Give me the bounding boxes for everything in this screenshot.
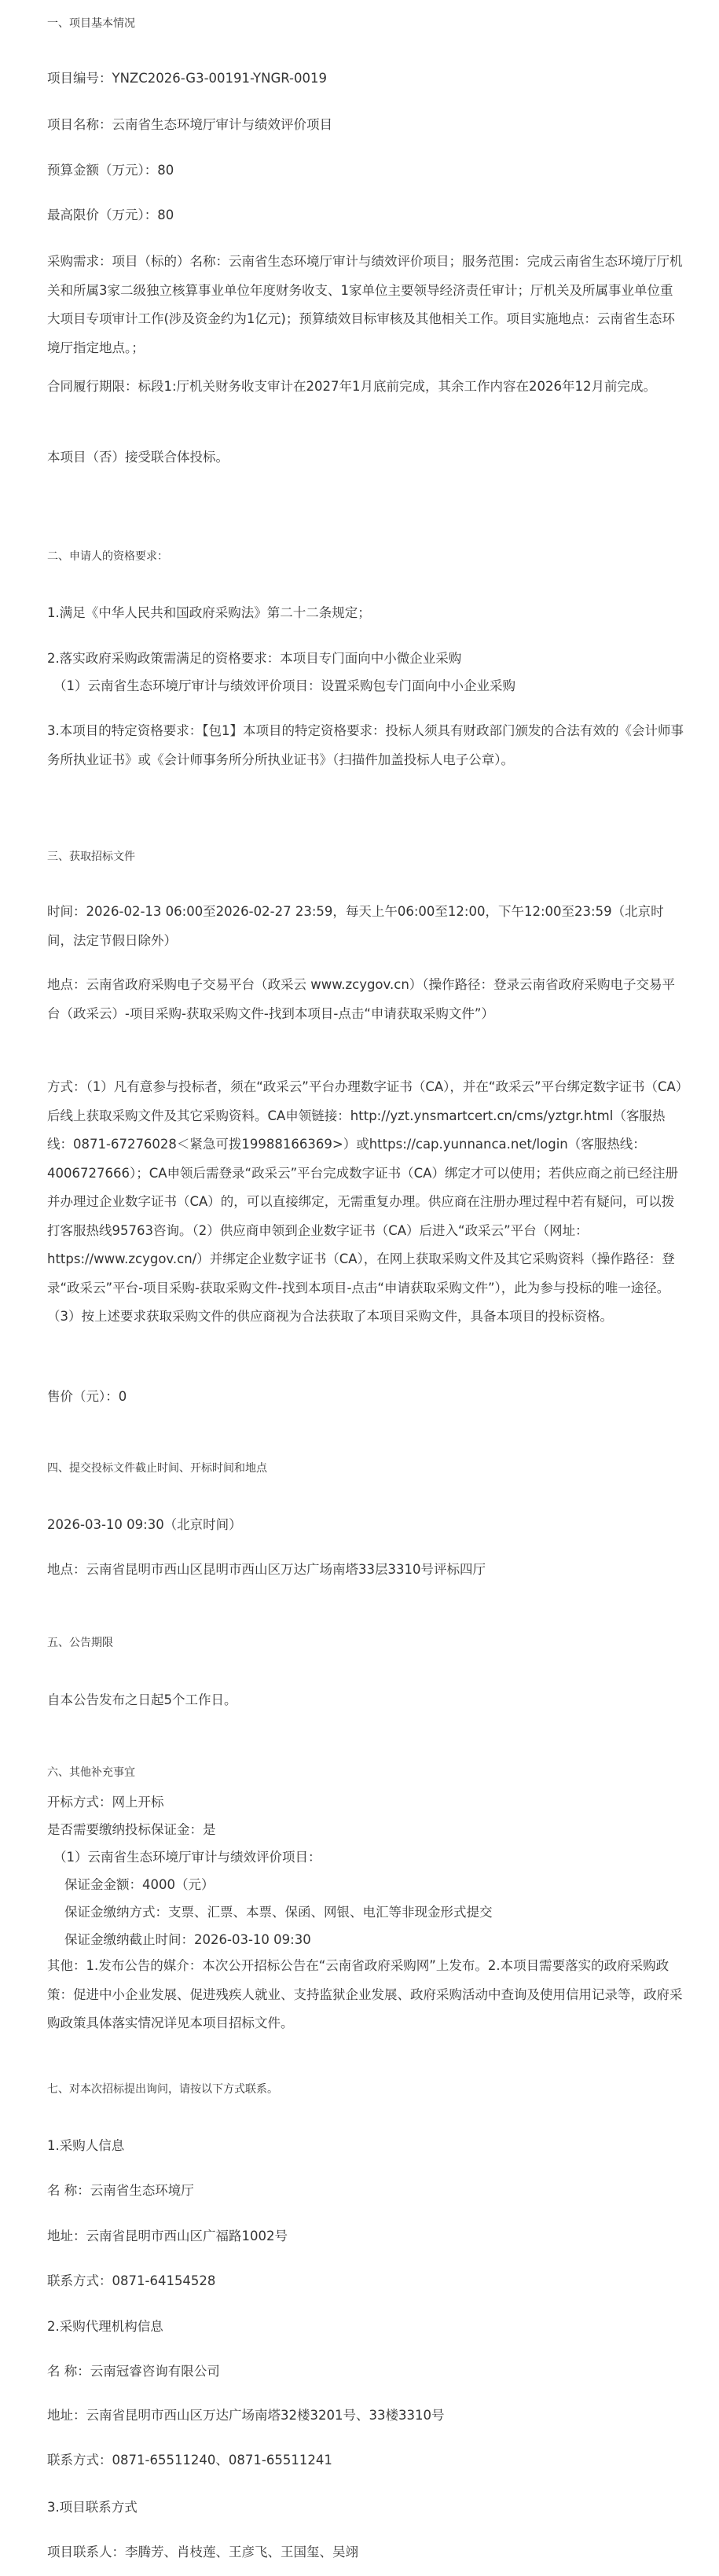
opening-method: 开标方式：网上开标 bbox=[47, 1788, 684, 1816]
consortium-bid: 本项目（否）接受联合体投标。 bbox=[47, 443, 684, 472]
deposit-method: 保证金缴纳方式：支票、汇票、本票、保函、网银、电汇等非现金形式提交 bbox=[47, 1898, 701, 1926]
section-heading-obtain-documents: 三、获取招标文件 bbox=[47, 849, 135, 865]
purchaser-title: 1.采购人信息 bbox=[47, 2132, 684, 2161]
section-heading-contact: 七、对本次招标提出询问，请按以下方式联系。 bbox=[47, 2082, 278, 2097]
other-notes: 其他：1.发布公告的媒介：本次公开招标公告在“云南省政府采购网”上发布。2.本项… bbox=[47, 1952, 684, 2038]
qualification-item-2-sub: （1）云南省生态环境厅审计与绩效评价项目：设置采购包专门面向中小企业采购 bbox=[47, 672, 690, 700]
document-price: 售价（元）：0 bbox=[47, 1383, 684, 1412]
qualification-item-2: 2.落实政府采购政策需满足的资格要求：本项目专门面向中小微企业采购 bbox=[47, 645, 684, 672]
project-contact-title: 3.项目联系方式 bbox=[47, 2493, 684, 2523]
agency-title: 2.采购代理机构信息 bbox=[47, 2313, 684, 2342]
deposit-package: （1）云南省生态环境厅审计与绩效评价项目： bbox=[47, 1843, 690, 1871]
project-contact-persons: 项目联系人：李腾芳、肖枝莲、王彦飞、王国玺、吴翊 bbox=[47, 2538, 684, 2567]
purchaser-address: 地址：云南省昆明市西山区广福路1002号 bbox=[47, 2222, 684, 2251]
obtain-method: 方式：（1）凡有意参与投标者，须在“政采云”平台办理数字证书（CA），并在“政采… bbox=[47, 1073, 684, 1332]
agency-address: 地址：云南省昆明市西山区万达广场南塔32楼3201号、33楼3310号 bbox=[47, 2401, 684, 2431]
contract-period: 合同履行期限：标段1:厅机关财务收支审计在2027年1月底前完成，其余工作内容在… bbox=[47, 373, 684, 402]
agency-contact: 联系方式：0871-65511240、0871-65511241 bbox=[47, 2446, 684, 2475]
deposit-deadline: 保证金缴纳截止时间：2026-03-10 09:30 bbox=[47, 1926, 701, 1953]
procurement-requirement: 采购需求：项目（标的）名称：云南省生态环境厅审计与绩效评价项目；服务范围：完成云… bbox=[47, 248, 684, 362]
budget-amount: 预算金额（万元）：80 bbox=[47, 156, 684, 186]
obtain-place: 地点：云南省政府采购电子交易平台（政采云 www.zcygov.cn）（操作路径… bbox=[47, 971, 684, 1028]
purchaser-contact: 联系方式：0871-64154528 bbox=[47, 2267, 684, 2296]
section-heading-basic-info: 一、项目基本情况 bbox=[47, 16, 135, 31]
section-heading-deadline: 四、提交投标文件截止时间、开标时间和地点 bbox=[47, 1461, 267, 1476]
section-heading-notice-period: 五、公告期限 bbox=[47, 1635, 113, 1651]
project-number: 项目编号：YNZC2026-G3-00191-YNGR-0019 bbox=[47, 64, 684, 94]
section-heading-supplementary: 六、其他补充事宜 bbox=[47, 1765, 135, 1780]
qualification-item-1: 1.满足《中华人民共和国政府采购法》第二十二条规定； bbox=[47, 599, 684, 628]
agency-name: 名 称：云南冠睿咨询有限公司 bbox=[47, 2357, 684, 2387]
deposit-amount: 保证金金额：4000（元） bbox=[47, 1871, 701, 1898]
project-name: 项目名称：云南省生态环境厅审计与绩效评价项目 bbox=[47, 111, 684, 140]
qualification-item-3: 3.本项目的特定资格要求：【包1】本项目的特定资格要求：投标人须具有财政部门颁发… bbox=[47, 717, 684, 774]
section-heading-qualifications: 二、申请人的资格要求： bbox=[47, 549, 168, 564]
notice-period: 自本公告发布之日起5个工作日。 bbox=[47, 1686, 684, 1715]
deadline-datetime: 2026-03-10 09:30（北京时间） bbox=[47, 1511, 684, 1540]
opening-place: 地点：云南省昆明市西山区昆明市西山区万达广场南塔33层3310号评标四厅 bbox=[47, 1556, 684, 1585]
purchaser-name: 名 称：云南省生态环境厅 bbox=[47, 2177, 684, 2206]
max-price: 最高限价（万元）：80 bbox=[47, 201, 684, 230]
deposit-required: 是否需要缴纳投标保证金：是 bbox=[47, 1816, 684, 1843]
obtain-time: 时间：2026-02-13 06:00至2026-02-27 23:59，每天上… bbox=[47, 898, 684, 955]
